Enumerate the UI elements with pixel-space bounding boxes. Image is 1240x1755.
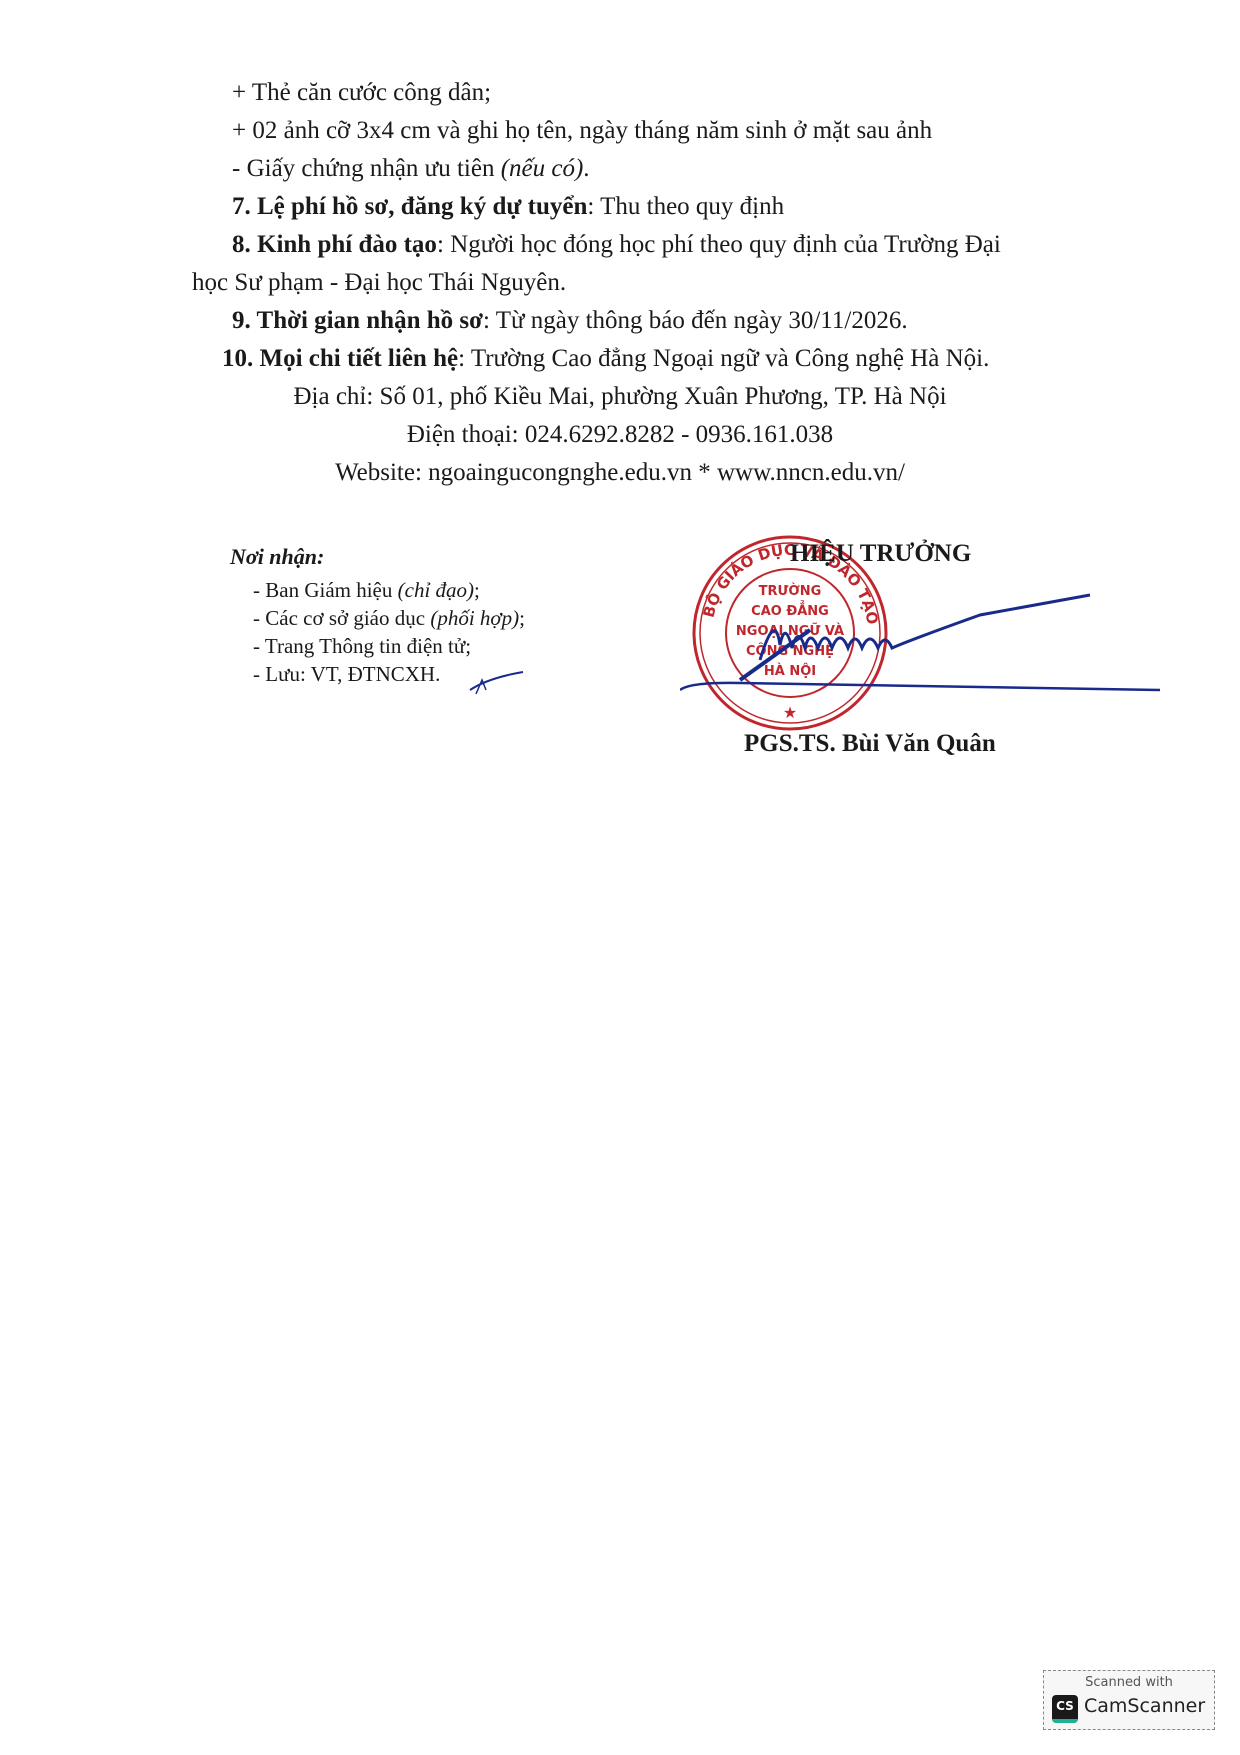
recipient-item: - Lưu: VT, ĐTNCXH. <box>253 660 440 688</box>
requirement-id-card: + Thẻ căn cước công dân; <box>232 78 491 108</box>
contact-phone: Điện thoại: 024.6292.8282 - 0936.161.038 <box>0 420 1240 450</box>
camscanner-watermark: Scanned with CS CamScanner <box>1043 1670 1215 1730</box>
watermark-brand: CamScanner <box>1084 1695 1205 1717</box>
item-training-cost: 8. Kinh phí đào tạo: Người học đóng học … <box>232 230 1001 260</box>
watermark-top-text: Scanned with <box>1044 1675 1214 1690</box>
recipients-title: Nơi nhận: <box>230 543 324 571</box>
requirement-photos: + 02 ảnh cỡ 3x4 cm và ghi họ tên, ngày t… <box>232 116 932 146</box>
initials-mark-icon <box>468 668 528 698</box>
item-training-cost-continuation: học Sư phạm - Đại học Thái Nguyên. <box>192 268 566 298</box>
item-fee: 7. Lệ phí hồ sơ, đăng ký dự tuyển: Thu t… <box>232 192 784 222</box>
signer-title: HIỆU TRƯỞNG <box>790 540 971 568</box>
requirement-priority-cert: - Giấy chứng nhận ưu tiên (nếu có). <box>232 154 590 184</box>
recipient-item: - Ban Giám hiệu (chỉ đạo); <box>253 576 480 604</box>
recipient-item: - Các cơ sở giáo dục (phối hợp); <box>253 604 525 632</box>
signature-icon <box>680 590 1180 710</box>
camscanner-logo-icon: CS <box>1052 1695 1078 1723</box>
recipient-item: - Trang Thông tin điện tử; <box>253 632 471 660</box>
item-contact: 10. Mọi chi tiết liên hệ: Trường Cao đẳn… <box>222 344 989 374</box>
signer-name: PGS.TS. Bùi Văn Quân <box>744 730 996 758</box>
item-submission-time: 9. Thời gian nhận hồ sơ: Từ ngày thông b… <box>232 306 908 336</box>
contact-address: Địa chỉ: Số 01, phố Kiều Mai, phường Xuâ… <box>0 382 1240 412</box>
contact-website: Website: ngoaingucongnghe.edu.vn * www.n… <box>0 458 1240 488</box>
